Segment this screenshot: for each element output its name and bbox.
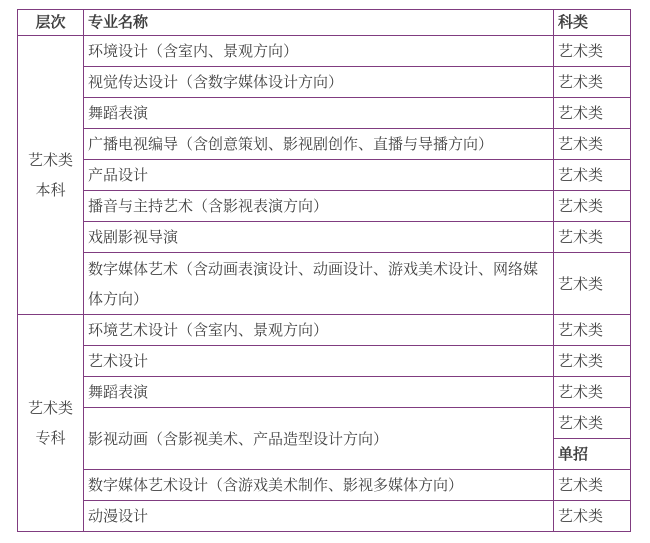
- table-header-level: 层次: [18, 10, 84, 36]
- level-cell-undergraduate: 艺术类本科: [18, 36, 84, 315]
- major-cell: 戏剧影视导演: [84, 222, 554, 253]
- table-row: 戏剧影视导演 艺术类: [18, 222, 631, 253]
- table-header-major: 专业名称: [84, 10, 554, 36]
- category-cell: 艺术类: [554, 501, 631, 532]
- category-cell: 艺术类: [554, 222, 631, 253]
- majors-table: 层次 专业名称 科类 艺术类本科 环境设计（含室内、景观方向） 艺术类 视觉传达…: [17, 9, 631, 532]
- level-cell-college: 艺术类专科: [18, 315, 84, 532]
- table-row: 艺术类本科 环境设计（含室内、景观方向） 艺术类: [18, 36, 631, 67]
- table-row: 艺术设计 艺术类: [18, 346, 631, 377]
- category-cell: 艺术类: [554, 408, 631, 439]
- category-cell: 艺术类: [554, 315, 631, 346]
- table-row: 视觉传达设计（含数字媒体设计方向） 艺术类: [18, 67, 631, 98]
- table-row: 舞蹈表演 艺术类: [18, 98, 631, 129]
- major-cell: 舞蹈表演: [84, 98, 554, 129]
- category-cell: 艺术类: [554, 67, 631, 98]
- major-cell: 影视动画（含影视美术、产品造型设计方向）: [84, 408, 554, 470]
- table-row: 影视动画（含影视美术、产品造型设计方向） 艺术类: [18, 408, 631, 439]
- table-row: 舞蹈表演 艺术类: [18, 377, 631, 408]
- page-content: 层次 专业名称 科类 艺术类本科 环境设计（含室内、景观方向） 艺术类 视觉传达…: [0, 0, 650, 532]
- category-cell: 艺术类: [554, 98, 631, 129]
- table-row: 播音与主持艺术（含影视表演方向） 艺术类: [18, 191, 631, 222]
- category-cell: 艺术类: [554, 36, 631, 67]
- category-cell: 艺术类: [554, 191, 631, 222]
- major-cell: 环境设计（含室内、景观方向）: [84, 36, 554, 67]
- category-cell: 艺术类: [554, 160, 631, 191]
- table-row: 数字媒体艺术（含动画表演设计、动画设计、游戏美术设计、网络媒体方向） 艺术类: [18, 253, 631, 315]
- category-cell: 艺术类: [554, 377, 631, 408]
- category-cell: 艺术类: [554, 253, 631, 315]
- category-cell: 艺术类: [554, 470, 631, 501]
- table-row: 产品设计 艺术类: [18, 160, 631, 191]
- table-header-category: 科类: [554, 10, 631, 36]
- category-cell-danzhao: 单招: [554, 439, 631, 470]
- category-cell: 艺术类: [554, 346, 631, 377]
- major-cell: 动漫设计: [84, 501, 554, 532]
- table-row: 艺术类专科 环境艺术设计（含室内、景观方向） 艺术类: [18, 315, 631, 346]
- major-cell: 产品设计: [84, 160, 554, 191]
- major-cell: 数字媒体艺术（含动画表演设计、动画设计、游戏美术设计、网络媒体方向）: [84, 253, 554, 315]
- major-cell: 舞蹈表演: [84, 377, 554, 408]
- major-cell: 播音与主持艺术（含影视表演方向）: [84, 191, 554, 222]
- table-row: 数字媒体艺术设计（含游戏美术制作、影视多媒体方向） 艺术类: [18, 470, 631, 501]
- table-row: 广播电视编导（含创意策划、影视剧创作、直播与导播方向） 艺术类: [18, 129, 631, 160]
- major-cell: 数字媒体艺术设计（含游戏美术制作、影视多媒体方向）: [84, 470, 554, 501]
- major-cell: 视觉传达设计（含数字媒体设计方向）: [84, 67, 554, 98]
- major-cell: 艺术设计: [84, 346, 554, 377]
- major-cell: 环境艺术设计（含室内、景观方向）: [84, 315, 554, 346]
- table-header-row: 层次 专业名称 科类: [18, 10, 631, 36]
- category-cell: 艺术类: [554, 129, 631, 160]
- table-row: 动漫设计 艺术类: [18, 501, 631, 532]
- major-cell: 广播电视编导（含创意策划、影视剧创作、直播与导播方向）: [84, 129, 554, 160]
